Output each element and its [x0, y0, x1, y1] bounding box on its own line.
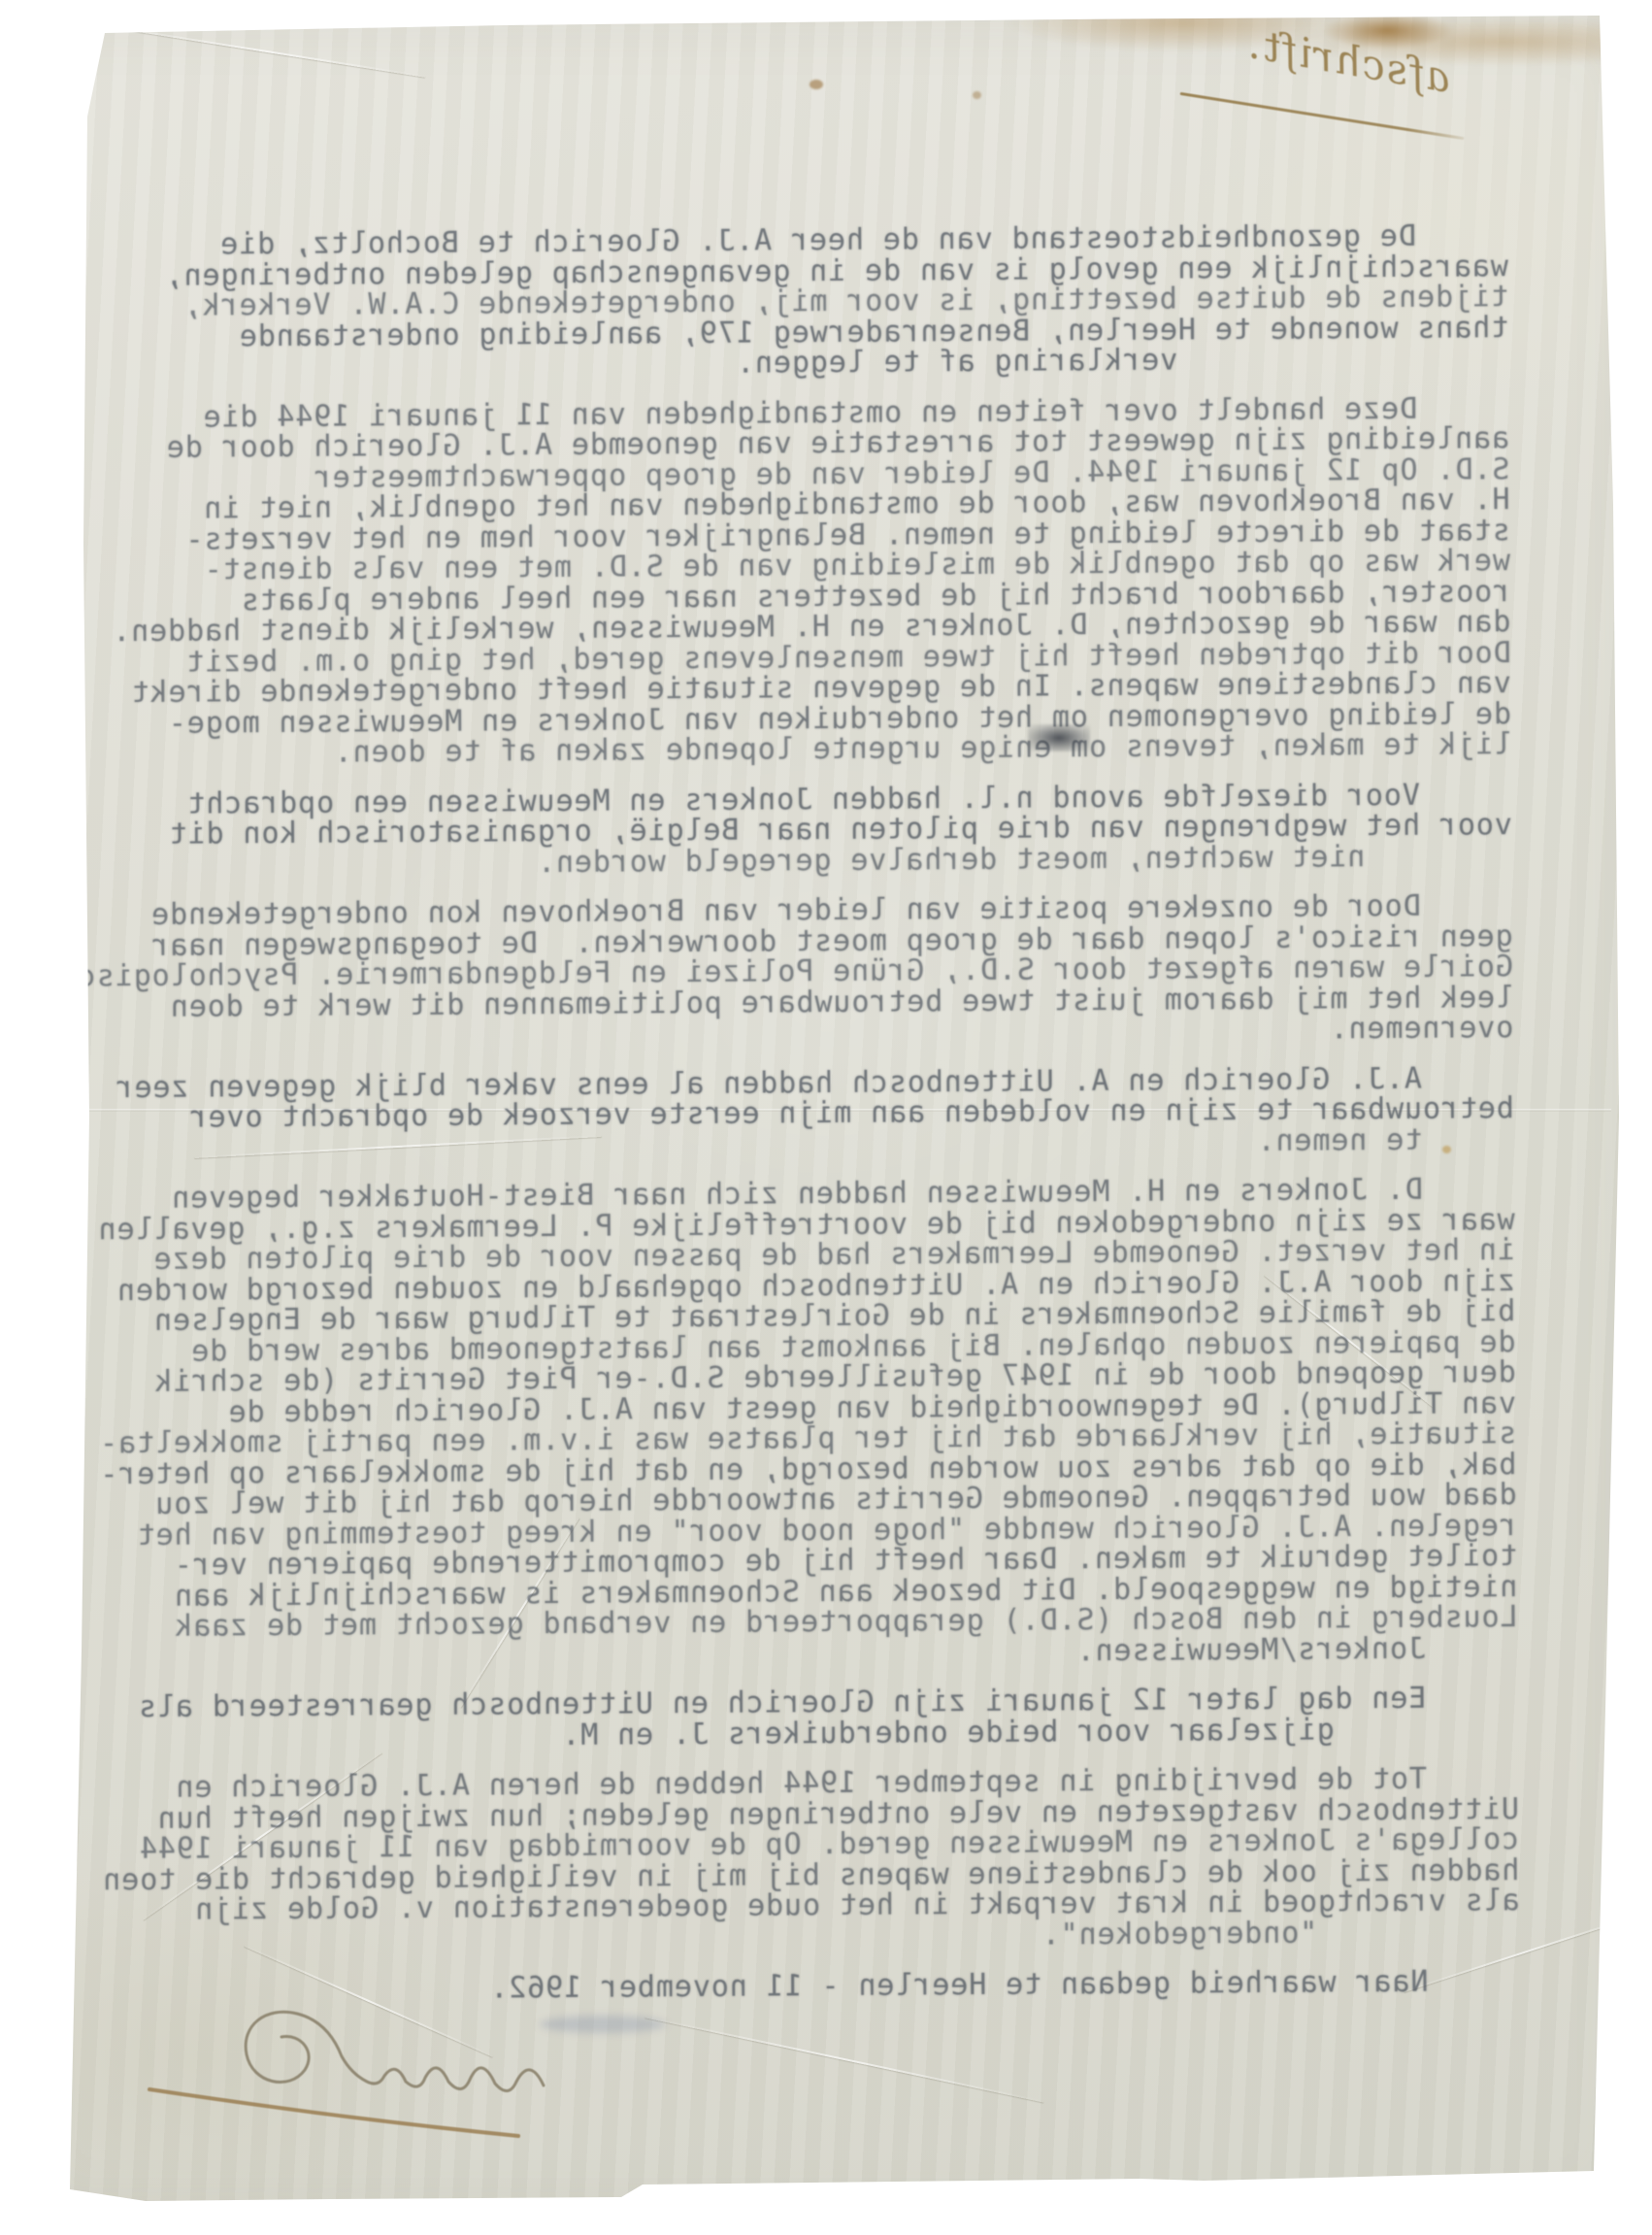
- ink-blot-overstrike: [1028, 724, 1090, 751]
- typed-paragraph: Tot de bevrijding in september 1944 hebb…: [160, 1763, 1520, 1956]
- typed-paragraph: D. Jonkers en H. Meeuwissen hadden zich …: [155, 1174, 1517, 1673]
- annotation-underline: [1180, 92, 1465, 140]
- illegible-cursive-signature: [130, 1992, 557, 2157]
- typed-paragraph: Voor diezelfde avond n.l. hadden Jonkers…: [153, 780, 1513, 881]
- typed-line: lijk te maken, tevens om enige urgente l…: [152, 729, 1511, 769]
- typed-paragraph: De gezondheidstoestand van de heer A.J. …: [149, 220, 1509, 383]
- typed-text-block: De gezondheidstoestand van de heer A.J. …: [149, 220, 1521, 2025]
- typed-paragraph: Een dag later 12 januari zijn Gloerich e…: [159, 1683, 1518, 1753]
- typed-paragraph: A.J. Gloerich en A. Uittenbosch hadden a…: [155, 1063, 1515, 1164]
- typed-paragraph: Deze handelt over feiten en omstandighed…: [150, 393, 1512, 770]
- mirrored-content-layer: afschrift. De gezondheidstoestand van de…: [0, 0, 1652, 2235]
- typed-paragraph: Door de onzekere positie van leider van …: [153, 890, 1513, 1052]
- scanned-document-page: { "document": { "annotation": "afschrift…: [0, 0, 1652, 2235]
- paper-sheet: afschrift. De gezondheidstoestand van de…: [0, 0, 1652, 2235]
- handwritten-annotation: afschrift.: [1243, 19, 1454, 102]
